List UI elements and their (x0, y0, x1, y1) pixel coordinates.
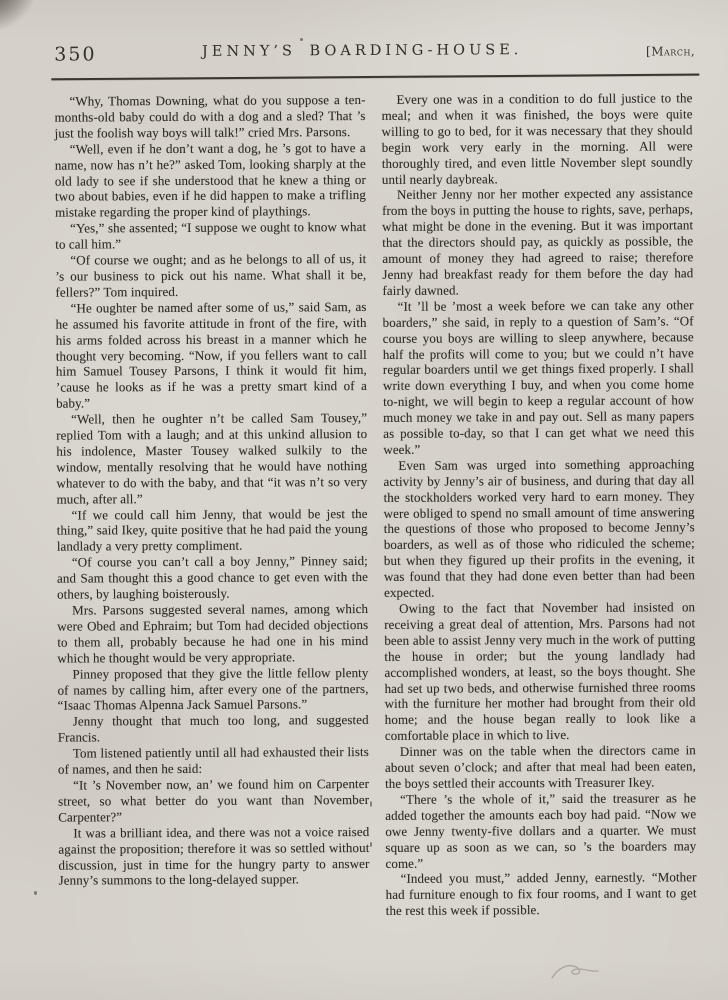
paragraph: “It ’ll be ’most a week before we can ta… (383, 297, 695, 458)
scan-speck (370, 842, 372, 847)
scan-speck (300, 38, 303, 41)
paragraph: Mrs. Parsons suggested several names, am… (57, 601, 368, 666)
book-page: 350 JENNY’S BOARDING-HOUSE. [March, “Why… (0, 0, 728, 1000)
paragraph: Neither Jenny nor her mother expected an… (382, 186, 694, 299)
paragraph: “It ’s November now, an’ we found him on… (58, 776, 369, 825)
paragraph: “Why, Thomas Downing, what do you suppos… (54, 92, 365, 141)
paragraph: Even Sam was urged into something approa… (383, 456, 695, 601)
paragraph: Every one was in a condition to do full … (381, 90, 692, 187)
right-column: Every one was in a condition to do full … (381, 90, 696, 919)
scan-speck (370, 801, 372, 807)
paragraph: Owing to the fact that November had insi… (384, 599, 696, 744)
paragraph: Tom listened patiently until all had exh… (58, 744, 369, 777)
page-header: 350 JENNY’S BOARDING-HOUSE. [March, (0, 38, 726, 72)
running-title: JENNY’S BOARDING-HOUSE. (0, 41, 726, 61)
paragraph: “Well, even if he don’t want a dog, he ’… (55, 140, 366, 221)
paragraph: “There ’s the whole of it,” said the tre… (385, 790, 696, 871)
paragraph: Pinney proposed that they give the littl… (57, 665, 368, 714)
paragraph: “Yes,” she assented; “I suppose we ought… (55, 219, 366, 252)
text-columns: “Why, Thomas Downing, what do you suppos… (0, 76, 728, 921)
paragraph: Jenny thought that much too long, and su… (58, 712, 369, 745)
paragraph: “Of course you can’t call a boy Jenny,” … (57, 553, 368, 602)
paragraph: “Well, then he oughter n’t be called Sam… (56, 410, 367, 507)
paragraph: “Indeed you must,” added Jenny, earnestl… (386, 870, 697, 919)
paragraph: “Of course we ought; and as he belongs t… (55, 251, 366, 300)
paragraph: “If we could call him Jenny, that would … (57, 506, 368, 555)
scan-content: 350 JENNY’S BOARDING-HOUSE. [March, “Why… (0, 38, 728, 921)
issue-label: [March, (646, 44, 695, 58)
left-column: “Why, Thomas Downing, what do you suppos… (54, 92, 369, 921)
paragraph: “He oughter be named after some of us,” … (56, 299, 368, 412)
paragraph: Dinner was on the table when the directo… (385, 742, 696, 791)
paragraph: It was a brilliant idea, and there was n… (58, 824, 369, 889)
scan-speck (34, 891, 37, 895)
pencil-squiggle-mark (548, 960, 608, 986)
